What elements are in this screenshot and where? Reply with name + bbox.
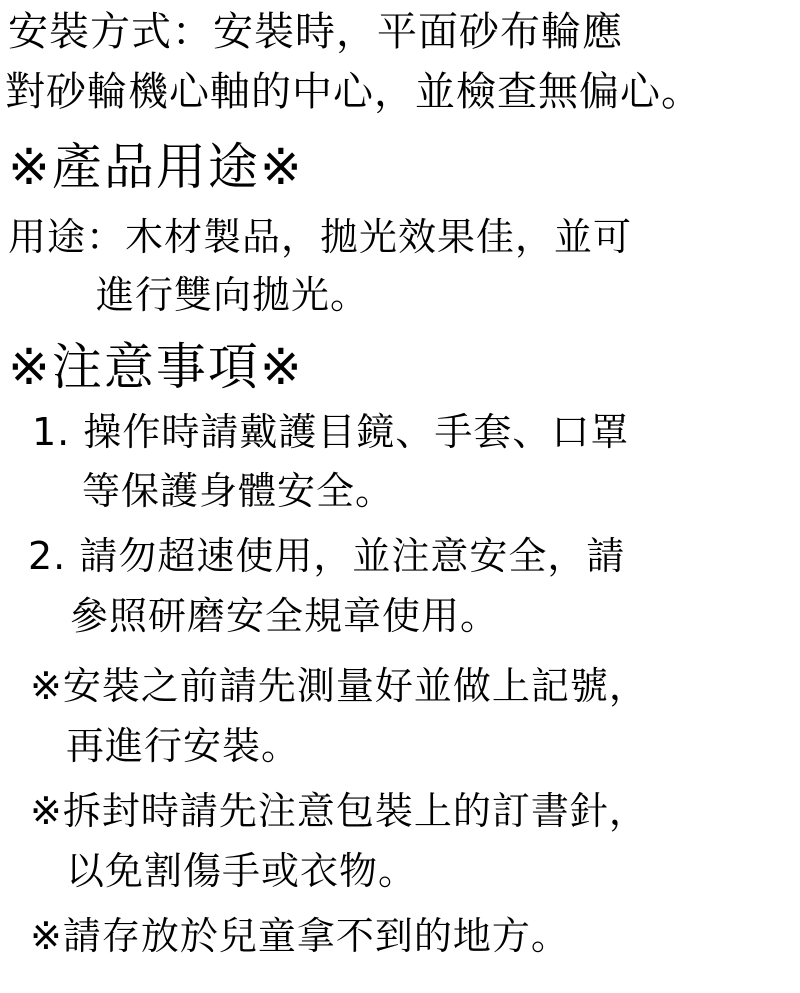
product-use-heading: ※產品用途※ <box>8 142 304 192</box>
note-2-line-1: ※拆封時請先注意包裝上的訂書針， <box>30 792 648 830</box>
note-1-line-1: ※安裝之前請先測量好並做上記號， <box>30 667 648 705</box>
installation-line-1: 安裝方式：安裝時，平面砂布輪應 <box>8 12 623 52</box>
note-3-line-1: ※請存放於兒童拿不到的地方。 <box>30 917 570 955</box>
product-use-line-1: 用途：木材製品，拋光效果佳，並可 <box>8 218 632 256</box>
precaution-item-2-line-1: 2. 請勿超速使用，並注意安全，請 <box>28 537 625 575</box>
precaution-item-2-line-2: 參照研磨安全規章使用。 <box>70 597 499 635</box>
installation-line-2: 對砂輪機心軸的中心，並檢查無偏心。 <box>5 72 702 112</box>
precautions-heading: ※注意事項※ <box>8 342 304 392</box>
note-1-line-2: 再進行安裝。 <box>66 727 300 765</box>
precaution-item-1-line-2: 等保護身體安全。 <box>82 472 394 510</box>
product-use-line-2: 進行雙向拋光。 <box>96 276 369 314</box>
precaution-item-1-line-1: 1. 操作時請戴護目鏡、手套、口罩 <box>32 413 629 451</box>
note-2-line-2: 以免割傷手或衣物。 <box>66 852 417 890</box>
